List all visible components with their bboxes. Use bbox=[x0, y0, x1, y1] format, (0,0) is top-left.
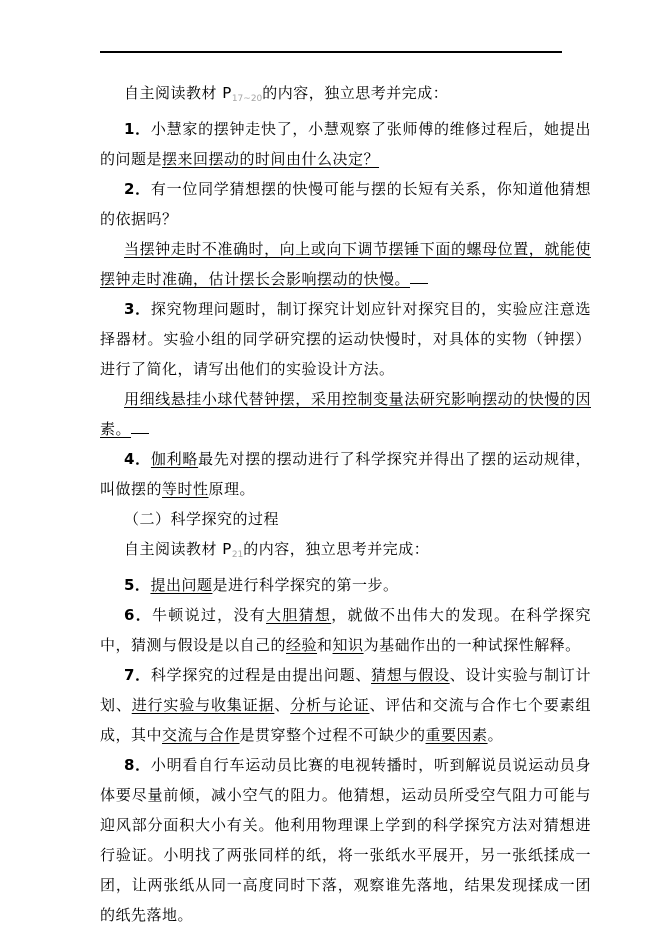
text-segment: 猜想与假设 bbox=[371, 666, 450, 684]
text-segment: 小明看自行车运动员比赛的电视转播时，听到解说员说运动员身体要尽量前倾，减小空气的… bbox=[100, 756, 591, 924]
text-segment: 1． bbox=[124, 120, 151, 138]
paragraph: （二）科学探究的过程 bbox=[100, 504, 591, 534]
text-segment: 大胆猜想 bbox=[266, 606, 331, 624]
text-segment: 6． bbox=[124, 606, 152, 624]
text-segment: 有一位同学猜想摆的快慢可能与摆的长短有关系，你知道他猜想的依据吗？ bbox=[100, 180, 591, 228]
text-segment: 是贯穿整个过程不可缺少的 bbox=[240, 726, 426, 744]
text-segment: 原理。 bbox=[209, 480, 256, 498]
text-segment: 伽利略 bbox=[151, 450, 198, 468]
paragraph: 5．提出问题是进行科学探究的第一步。 bbox=[100, 570, 591, 600]
text-segment: 3． bbox=[124, 300, 151, 318]
paragraph: 2．有一位同学猜想摆的快慢可能与摆的长短有关系，你知道他猜想的依据吗？ bbox=[100, 174, 591, 234]
page-number-subscript: 17~20 bbox=[232, 94, 262, 104]
text-segment: 分析与论证 bbox=[290, 696, 369, 714]
text-segment: 自主阅读教材 P bbox=[124, 540, 232, 558]
text-segment: 等时性 bbox=[162, 480, 209, 498]
paragraph: 6．牛顿说过，没有大胆猜想，就做不出伟大的发现。在科学探究中，猜测与假设是以自己… bbox=[100, 600, 591, 660]
text-segment: 当摆钟走时不准确时，向上或向下调节摆锤下面的螺母位置，就能使摆钟走时准确，估计摆… bbox=[100, 240, 591, 288]
text-segment: 和 bbox=[317, 636, 333, 654]
paragraph: 当摆钟走时不准确时，向上或向下调节摆锤下面的螺母位置，就能使摆钟走时准确，估计摆… bbox=[100, 234, 591, 294]
text-segment: 的内容，独立思考并完成： bbox=[243, 540, 429, 558]
page-number-subscript: 21 bbox=[232, 550, 243, 560]
text-segment: 探究物理问题时，制订探究计划应针对探究目的，实验应注意选择器材。实验小组的同学研… bbox=[100, 300, 591, 378]
text-segment: 。 bbox=[488, 726, 504, 744]
text-segment: 重要因素 bbox=[426, 726, 488, 744]
paragraph: 4．伽利略最先对摆的摆动进行了科学探究并得出了摆的运动规律，叫做摆的等时性原理。 bbox=[100, 444, 591, 504]
text-segment: 、 bbox=[274, 696, 290, 714]
text-segment: （二）科学探究的过程 bbox=[124, 510, 279, 528]
text-segment: 交流与合作 bbox=[162, 726, 240, 744]
paragraph: 8．小明看自行车运动员比赛的电视转播时，听到解说员说运动员身体要尽量前倾，减小空… bbox=[100, 750, 591, 930]
text-segment: 提出问题 bbox=[150, 576, 212, 594]
text-segment: 2． bbox=[124, 180, 151, 198]
paragraph: 1．小慧家的摆钟走快了，小慧观察了张师傅的维修过程后，她提出的问题是摆来回摆动的… bbox=[100, 114, 591, 174]
text-segment: 4． bbox=[124, 450, 151, 468]
text-segment: 的内容，独立思考并完成： bbox=[262, 84, 448, 102]
text-segment: 摆来回摆动的时间由什么决定？ bbox=[162, 150, 379, 168]
text-segment: 用细线悬挂小球代替钟摆，采用控制变量法研究影响摆动的快慢的因素。 bbox=[100, 390, 591, 438]
paragraph: 自主阅读教材 P17~20的内容，独立思考并完成： bbox=[100, 78, 591, 114]
text-segment: 7． bbox=[124, 666, 151, 684]
text-segment: 是进行科学探究的第一步。 bbox=[212, 576, 398, 594]
paragraph: 7．科学探究的过程是由提出问题、猜想与假设、设计实验与制订计划、进行实验与收集证… bbox=[100, 660, 591, 750]
text-segment: 经验 bbox=[286, 636, 317, 654]
text-segment: 知识 bbox=[333, 636, 364, 654]
blank-underline bbox=[410, 268, 428, 284]
text-segment: 8． bbox=[124, 756, 151, 774]
paragraph: 用细线悬挂小球代替钟摆，采用控制变量法研究影响摆动的快慢的因素。 bbox=[100, 384, 591, 444]
blank-underline bbox=[131, 418, 149, 434]
text-segment: 科学探究的过程是由提出问题、 bbox=[151, 666, 371, 684]
text-segment: 5． bbox=[124, 576, 150, 594]
header-rule bbox=[100, 51, 562, 53]
document-body: 自主阅读教材 P17~20的内容，独立思考并完成：1．小慧家的摆钟走快了，小慧观… bbox=[100, 78, 591, 930]
text-segment: 进行实验与收集证据 bbox=[132, 696, 275, 714]
text-segment: 为基础作出的一种试探性解释。 bbox=[364, 636, 581, 654]
paragraph: 自主阅读教材 P21的内容，独立思考并完成： bbox=[100, 534, 591, 570]
text-segment: 自主阅读教材 P bbox=[124, 84, 232, 102]
document-page: 自主阅读教材 P17~20的内容，独立思考并完成：1．小慧家的摆钟走快了，小慧观… bbox=[0, 0, 658, 932]
text-segment: 牛顿说过，没有 bbox=[152, 606, 266, 624]
paragraph: 3．探究物理问题时，制订探究计划应针对探究目的，实验应注意选择器材。实验小组的同… bbox=[100, 294, 591, 384]
